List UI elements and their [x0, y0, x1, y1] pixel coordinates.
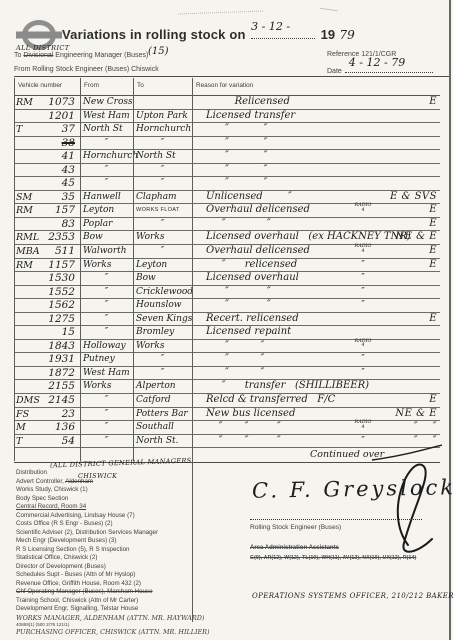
from-cell: Holloway: [83, 341, 126, 351]
from-line: From Rolling Stock Engineer (Buses) Chis…: [14, 66, 159, 73]
from-cell: ″: [80, 314, 133, 324]
reason-cell: ″ ″: [206, 137, 268, 148]
distribution-item: Central Record, Room 34: [16, 503, 192, 512]
to-label: To: [14, 52, 21, 59]
margin-mark: NE & E: [395, 408, 437, 419]
from-cell: New Cross: [83, 97, 133, 107]
table-header-row: Vehicle number From To Reason for variat…: [14, 78, 440, 96]
to-cell: Hounslow: [136, 300, 181, 310]
from-cell: ″: [80, 287, 133, 297]
reason-cell: Overhaul delicensed: [206, 245, 310, 256]
table-row: RM1157WorksLeyton ″ relicensed″E: [14, 259, 440, 273]
vehicle-number: 1562: [48, 299, 75, 311]
distribution-item: Schedules Supt - Buses (Attn of Mr Hyslo…: [16, 571, 192, 580]
col-vehicle-number: Vehicle number: [14, 78, 80, 95]
from-cell: Putney: [83, 354, 115, 364]
to-cell: WORKS FLOAT: [136, 207, 180, 213]
form-title-row: Variations in rolling stock on 3 - 12 - …: [62, 26, 355, 44]
scan-edge-line: [449, 0, 451, 640]
table-row: 1201West HamUpton ParkLicensed transfer: [14, 110, 440, 124]
signature-role: Rolling Stock Engineer (Buses): [250, 524, 341, 531]
to-line: To Divisional Engineering Manager (Buses…: [14, 52, 148, 59]
table-row: 1843HollowayWorks ″ ″RADIO4: [14, 340, 440, 354]
table-row: 45″″ ″ ″: [14, 177, 440, 191]
vehicle-number: 45: [62, 177, 75, 189]
vehicle-number: 2155: [48, 380, 75, 392]
table-row: RML2353BowWorksLicensed overhaul (ex HAC…: [14, 231, 440, 245]
from-cell: Hanwell: [83, 192, 121, 202]
from-cell: ″: [80, 327, 133, 337]
radio-note: ″: [342, 368, 384, 378]
distribution-item: Body Spec Section: [16, 495, 192, 504]
margin-mark: E: [429, 259, 437, 270]
to-cell: Alperton: [136, 381, 176, 391]
handwritten-year: 79: [340, 28, 355, 42]
handwritten-operations-note: OPERATIONS SYSTEMS OFFICER, 210/212 BAKE…: [252, 592, 453, 600]
table-row: M136″Southall ″ ″ ″RADIO4″ ″: [14, 421, 440, 435]
table-row: 41HornchurchNorth St ″ ″: [14, 150, 440, 164]
vehicle-number: 2145: [48, 394, 75, 406]
radio-note: ″: [342, 300, 384, 310]
table-row: 43″″ ″ ″: [14, 164, 440, 178]
margin-mark: NE & E: [395, 231, 437, 242]
distribution-item: WORKS MANAGER, ALDENHAM (ATTN. MR. HAYWA…: [16, 614, 192, 623]
to-cell: Bromley: [136, 327, 174, 337]
to-cell: Upton Park: [136, 111, 188, 121]
reason-cell: ″ ″: [206, 150, 268, 161]
reason-cell: ″ ″: [206, 367, 264, 378]
distribution-item: R S Licensing Section (5), R S Inspectio…: [16, 546, 192, 555]
from-cell: Walworth: [83, 246, 127, 256]
vehicle-number: 1157: [48, 259, 75, 271]
signature-dotted-line: [250, 519, 422, 520]
from-cell: ″: [80, 395, 133, 405]
reason-cell: Relicensed: [206, 96, 290, 107]
col-reason: Reason for variation: [192, 78, 440, 95]
table-row: 1562″Hounslow ″ ″″: [14, 299, 440, 313]
vehicle-prefix: RM: [16, 97, 33, 108]
to-cell: Cricklewood: [136, 287, 193, 297]
distribution-item: Advert Controller, AldenhamCHISWICK: [16, 478, 192, 487]
date-dotted-line: 3 - 12 -: [251, 28, 315, 39]
col-from: From: [80, 78, 133, 95]
distribution-item: Chf Operating Manager (Buses), Marsham H…: [16, 588, 192, 597]
to-rest: Engineering Manager (Buses): [55, 52, 148, 59]
reason-cell: Licensed repaint: [206, 326, 291, 337]
table-row: MBA511Walworth″Overhaul delicensedRADIO4…: [14, 245, 440, 259]
to-cell: Clapham: [136, 192, 177, 202]
from-cell: ″: [80, 409, 133, 419]
table-row: 1552″Cricklewood ″ ″″: [14, 286, 440, 300]
distribution-item: Works Study, Chiswick (1): [16, 486, 192, 495]
reason-cell: Licensed overhaul (ex HACKNEY TNR): [206, 231, 411, 242]
distribution-item: Director of Development (Buses): [16, 563, 192, 572]
reason-cell: Unlicensed ″: [206, 191, 292, 202]
vehicle-number: 38: [62, 137, 75, 149]
vehicle-prefix: RML: [16, 232, 39, 243]
vehicle-number: 1275: [48, 313, 75, 325]
vehicle-number: 54: [62, 435, 75, 447]
vehicle-number: 1530: [48, 272, 75, 284]
to-cell: ″: [133, 354, 192, 364]
vehicle-number: 1872: [48, 367, 75, 379]
table-body: RM1073New Cross RelicensedE1201West HamU…: [14, 96, 440, 448]
vehicle-prefix: RM: [16, 205, 33, 216]
reason-cell: Overhaul delicensed: [206, 204, 310, 215]
distribution-item: Mech Engr (Development Buses) (3): [16, 537, 192, 546]
reason-cell: ″ transfer (SHILLIBEER): [206, 380, 369, 391]
radio-note: RADIO4: [342, 204, 384, 213]
distribution-item: Revenue Office, Griffith House, Room 432…: [16, 580, 192, 589]
struck-garage-codes: G(9), AR(12), W(12), TL(10), WH(11), AV(…: [250, 555, 416, 561]
radio-note: ″: [342, 354, 384, 364]
vehicle-number: 23: [62, 408, 75, 420]
from-cell: North St: [83, 124, 123, 134]
vehicle-number: 1843: [48, 340, 75, 352]
handwritten-all-district: ALL DISTRICT: [16, 44, 70, 52]
reason-cell: ″ relicensed: [206, 259, 297, 270]
to-cell: Southall: [136, 422, 174, 432]
vehicle-prefix: T: [16, 124, 22, 135]
reason-cell: ″ ″: [206, 164, 268, 175]
vehicle-prefix: MBA: [16, 246, 40, 257]
distribution-item: Costs Office (R S Engr - Buses) (2): [16, 520, 192, 529]
vehicle-prefix: RM: [16, 260, 33, 271]
reason-cell: New bus licensed: [206, 408, 295, 419]
distribution-item: Scientific Adviser (2), Distribution Ser…: [16, 529, 192, 538]
vehicle-number: 157: [55, 204, 75, 216]
to-cell: Potters Bar: [136, 409, 188, 419]
table-row: 2155WorksAlperton ″ transfer (SHILLIBEER…: [14, 380, 440, 394]
margin-mark: E & SVS: [390, 191, 437, 202]
to-cell: Catford: [136, 395, 171, 405]
reason-cell: ″ ″ ″: [206, 421, 281, 432]
table-row: DMS2145″CatfordRelcd & transferred F/CE: [14, 394, 440, 408]
table-row: 38″″ ″ ″: [14, 137, 440, 151]
to-cell: ″: [133, 368, 192, 378]
vehicle-number: 1201: [48, 110, 75, 122]
from-cell: ″: [80, 436, 133, 446]
vehicle-prefix: SM: [16, 192, 32, 203]
to-cell: Leyton: [136, 260, 167, 270]
table-row: T37North StHornchurch ″ ″: [14, 123, 440, 137]
column-divider-1: [80, 78, 81, 461]
to-cell: Bow: [136, 273, 156, 283]
vehicle-number: 35: [62, 191, 75, 203]
handwritten-date: 3 - 12 -: [251, 20, 290, 33]
vehicle-number: 43: [62, 164, 75, 176]
reason-cell: ″ ″: [206, 299, 271, 310]
to-cell: Hornchurch: [136, 124, 191, 134]
from-cell: Works: [83, 260, 111, 270]
from-cell: ″: [80, 422, 133, 432]
table-left-border: [14, 78, 15, 461]
vehicle-number: 136: [55, 421, 75, 433]
scanned-document-page: Variations in rolling stock on 3 - 12 - …: [0, 0, 453, 640]
margin-mark: E: [429, 204, 437, 215]
vehicle-number: 1552: [48, 286, 75, 298]
from-cell: ″: [80, 273, 133, 283]
column-divider-2: [133, 78, 134, 461]
vehicle-number: 41: [62, 150, 75, 162]
from-cell: ″: [80, 138, 133, 148]
vehicle-number: 15: [62, 326, 75, 338]
vehicle-number: 83: [62, 218, 75, 230]
struck-admin-assistants: Area Administration Assistants: [250, 545, 339, 551]
from-cell: Bow: [83, 232, 103, 242]
vehicle-prefix: T: [16, 436, 22, 447]
pencil-mark: [320, 3, 339, 11]
variations-table: Vehicle number From To Reason for variat…: [14, 78, 440, 463]
radio-note: RADIO4: [342, 245, 384, 254]
margin-mark: E: [429, 245, 437, 256]
signature-flourish: [386, 453, 446, 558]
reason-cell: Relcd & transferred F/C: [206, 394, 335, 405]
reason-cell: ″ ″: [206, 123, 268, 134]
reason-cell: ″ ″: [206, 177, 268, 188]
radio-note: ″: [342, 273, 384, 283]
table-row: 1275″Seven KingsRecert. relicensedE: [14, 313, 440, 327]
to-cell: ″: [133, 219, 192, 229]
radio-note: ″: [342, 287, 384, 297]
to-cell: ″: [133, 165, 192, 175]
from-cell: Works: [83, 381, 111, 391]
radio-note: ″: [342, 260, 384, 270]
table-row: 1530″BowLicensed overhaul″: [14, 272, 440, 286]
to-cell: North St.: [136, 436, 179, 446]
vehicle-prefix: DMS: [16, 395, 40, 406]
from-cell: ″: [80, 178, 133, 188]
vehicle-prefix: M: [16, 422, 26, 433]
distribution-item: Statistical Office, Chiswick (2): [16, 554, 192, 563]
table-row: 83Poplar″ ″ ″E: [14, 218, 440, 232]
reason-cell: Recert. relicensed: [206, 313, 299, 324]
printed-year: 19: [321, 27, 335, 42]
from-cell: ″: [80, 300, 133, 310]
margin-mark: E: [429, 394, 437, 405]
to-cell: ″: [133, 246, 192, 256]
vehicle-number: 1073: [48, 96, 75, 108]
handwritten-count: (15): [148, 46, 169, 57]
vehicle-number: 1931: [48, 353, 75, 365]
reason-cell: ″ ″: [206, 218, 271, 229]
handwritten-date-value: 4 - 12 - 79: [349, 56, 405, 69]
reason-cell: Licensed overhaul: [206, 272, 299, 283]
reason-cell: ″ ″ ″: [206, 435, 281, 446]
to-cell: Works: [136, 232, 164, 242]
pencil-mark: [178, 7, 263, 15]
vehicle-number: 2353: [48, 231, 75, 243]
date-label: Date: [327, 68, 342, 75]
vehicle-number: 511: [55, 245, 75, 257]
table-row: FS23″Potters BarNew bus licensedNE & E: [14, 408, 440, 422]
reason-cell: ″ ″: [206, 353, 264, 364]
distribution-item: PURCHASING OFFICER, CHISWICK (ATTN. MR. …: [16, 628, 192, 637]
table-row: 1931Putney″ ″ ″″: [14, 353, 440, 367]
to-cell: ″: [133, 178, 192, 188]
table-row: RM157LeytonWORKS FLOATOverhaul delicense…: [14, 204, 440, 218]
radio-note: RADIO4: [342, 421, 384, 430]
from-cell: Poplar: [83, 219, 112, 229]
margin-mark: E: [429, 96, 437, 107]
from-cell: Hornchurch: [83, 151, 138, 161]
reason-cell: ″ ″: [206, 286, 271, 297]
column-divider-3: [192, 78, 193, 622]
from-cell: ″: [80, 165, 133, 175]
table-row: 15″BromleyLicensed repaint: [14, 326, 440, 340]
radio-note: RADIO4: [342, 340, 384, 349]
struck-word-divisional: Divisional: [23, 52, 53, 59]
from-cell: Leyton: [83, 205, 114, 215]
reason-cell: Licensed transfer: [206, 110, 295, 121]
form-title: Variations in rolling stock on: [62, 27, 246, 42]
distribution-item: Commercial Advertising, Lindsay House (7…: [16, 512, 192, 521]
table-row: SM35HanwellClaphamUnlicensed ″E & SVS: [14, 191, 440, 205]
to-cell: ″: [133, 138, 192, 148]
margin-mark: E: [429, 218, 437, 229]
distribution-list: DistributionAdvert Controller, AldenhamC…: [16, 469, 192, 637]
to-cell: North St: [136, 151, 176, 161]
table-row: RM1073New Cross RelicensedE: [14, 96, 440, 110]
handwritten-chiswick: CHISWICK: [78, 472, 117, 481]
table-top-rule: [14, 76, 449, 77]
distribution-item: Development Engr, Signalling, Telstar Ho…: [16, 605, 192, 614]
vehicle-prefix: FS: [16, 409, 29, 420]
to-cell: Works: [136, 341, 164, 351]
distribution-item: Training School, Chiswick (Attn of Mr Ca…: [16, 597, 192, 606]
to-cell: Seven Kings: [136, 314, 192, 324]
margin-mark: E: [429, 313, 437, 324]
reason-cell: ″ ″: [206, 340, 264, 351]
from-cell: West Ham: [83, 111, 130, 121]
margin-mark: ″ ″: [414, 421, 437, 432]
from-cell: West Ham: [83, 368, 130, 378]
col-to: To: [133, 78, 192, 95]
table-row: 1872West Ham″ ″ ″″: [14, 367, 440, 381]
date-line: Date4 - 12 - 79: [327, 64, 433, 75]
vehicle-number: 37: [62, 123, 75, 135]
date-dots: 4 - 12 - 79: [345, 64, 433, 73]
